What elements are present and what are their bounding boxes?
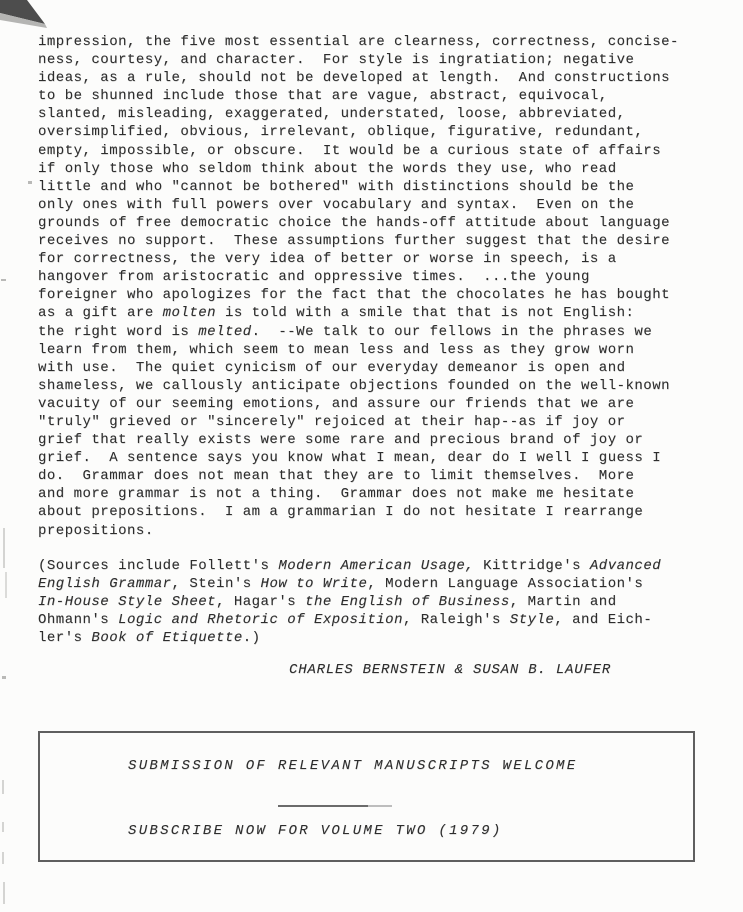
- text-line: ideas, as a rule, should not be develope…: [38, 69, 679, 87]
- text-line: Ohmann's Logic and Rhetoric of Expositio…: [38, 611, 661, 629]
- text-line: to be shunned include those that are vag…: [38, 87, 679, 105]
- text-line: only ones with full powers over vocabula…: [38, 196, 679, 214]
- text-line: (Sources include Follett's Modern Americ…: [38, 557, 661, 575]
- text-line: about prepositions. I am a grammarian I …: [38, 503, 679, 521]
- scan-artifact: [2, 676, 6, 679]
- text-line: ness, courtesy, and character. For style…: [38, 51, 679, 69]
- text-line: if only those who seldom think about the…: [38, 160, 679, 178]
- text-line: oversimplified, obvious, irrelevant, obl…: [38, 123, 679, 141]
- notice-divider: [278, 805, 368, 807]
- text-line: grounds of free democratic choice the ha…: [38, 214, 679, 232]
- text-line: for correctness, the very idea of better…: [38, 250, 679, 268]
- notice-box: SUBMISSION OF RELEVANT MANUSCRIPTS WELCO…: [38, 731, 695, 862]
- text-line: and more grammar is not a thing. Grammar…: [38, 485, 679, 503]
- text-line: foreigner who apologizes for the fact th…: [38, 286, 679, 304]
- scan-artifact: [3, 528, 5, 568]
- text-line: do. Grammar does not mean that they are …: [38, 467, 679, 485]
- scan-artifact: [5, 572, 7, 598]
- text-line: ler's Book of Etiquette.): [38, 629, 661, 647]
- text-line: vacuity of our seeming emotions, and ass…: [38, 395, 679, 413]
- sources-paragraph: (Sources include Follett's Modern Americ…: [38, 557, 661, 647]
- text-line: "truly" grieved or "sincerely" rejoiced …: [38, 413, 679, 431]
- subscribe-notice: SUBSCRIBE NOW FOR VOLUME TWO (1979): [128, 823, 503, 839]
- text-line: the right word is melted. --We talk to o…: [38, 323, 679, 341]
- submission-notice: SUBMISSION OF RELEVANT MANUSCRIPTS WELCO…: [128, 758, 577, 774]
- text-line: learn from them, which seem to mean less…: [38, 341, 679, 359]
- text-line: shameless, we callously anticipate objec…: [38, 377, 679, 395]
- text-line: receives no support. These assumptions f…: [38, 232, 679, 250]
- text-line: prepositions.: [38, 522, 679, 540]
- essay-text-block: impression, the five most essential are …: [38, 33, 679, 540]
- text-line: little and who "cannot be bothered" with…: [38, 178, 679, 196]
- text-line: In-House Style Sheet, Hagar's the Englis…: [38, 593, 661, 611]
- text-line: grief that really exists were some rare …: [38, 431, 679, 449]
- scan-artifact: [2, 780, 4, 794]
- text-line: slanted, misleading, exaggerated, unders…: [38, 105, 679, 123]
- author-attribution: CHARLES BERNSTEIN & SUSAN B. LAUFER: [289, 662, 611, 678]
- scan-artifact: [2, 822, 4, 832]
- text-line: impression, the five most essential are …: [38, 33, 679, 51]
- text-line: with use. The quiet cynicism of our ever…: [38, 359, 679, 377]
- text-line: English Grammar, Stein's How to Write, M…: [38, 575, 661, 593]
- scanned-document-page: impression, the five most essential are …: [0, 0, 743, 912]
- text-line: empty, impossible, or obscure. It would …: [38, 142, 679, 160]
- scan-artifact: [2, 852, 4, 864]
- text-line: hangover from aristocratic and oppressiv…: [38, 268, 679, 286]
- text-line: as a gift are molten is told with a smil…: [38, 304, 679, 322]
- scan-artifact: [28, 181, 32, 184]
- scan-artifact: [3, 882, 5, 904]
- text-line: grief. A sentence says you know what I m…: [38, 449, 679, 467]
- scan-artifact: [1, 279, 6, 281]
